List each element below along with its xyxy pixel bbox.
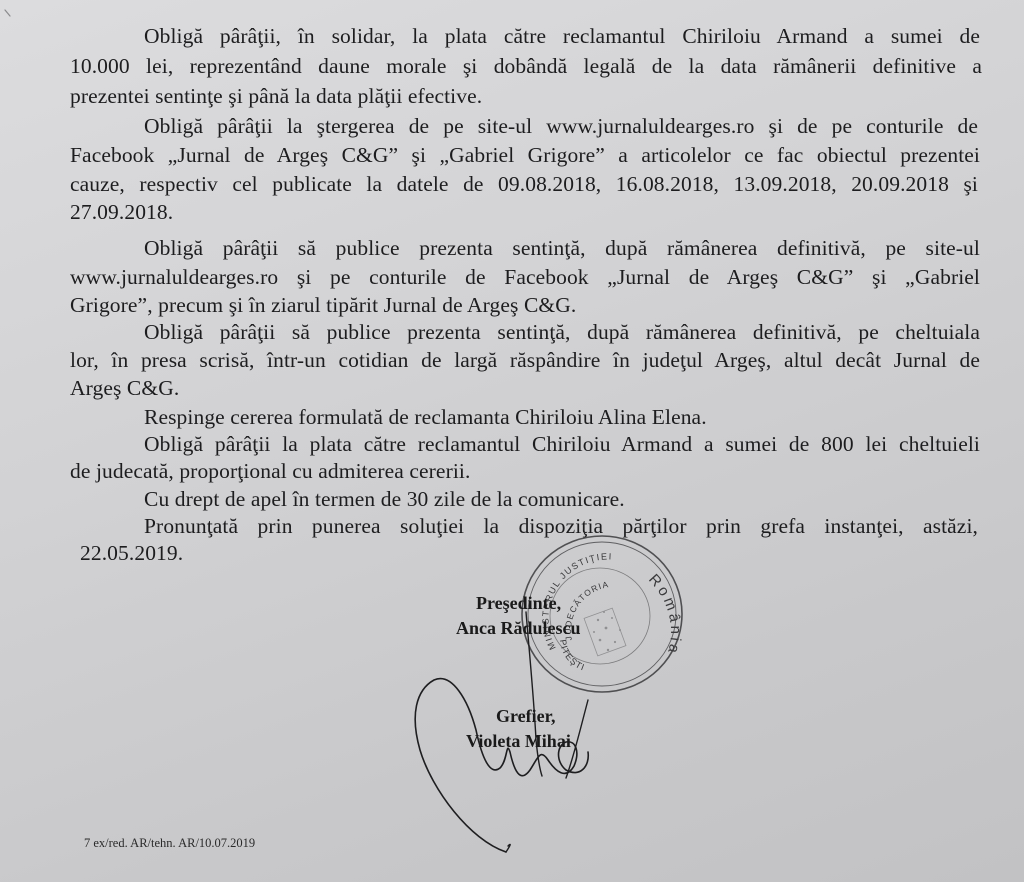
text-line: 10.000 lei, reprezentând daune morale şi… [70, 54, 982, 78]
text-line: Obligă pârâţii, în solidar, la plata căt… [144, 24, 980, 48]
president-title: Preşedinte, [476, 592, 561, 614]
text-line: Facebook „Jurnal de Argeş C&G” şi „Gabri… [70, 143, 980, 167]
text-line: de judecată, proporţional cu admiterea c… [70, 459, 470, 483]
svg-text:PITEŞTI: PITEŞTI [558, 639, 587, 673]
text-line: Obligă pârâţii la ştergerea de pe site-u… [144, 114, 978, 138]
clerk-title: Grefier, [496, 705, 555, 727]
text-line: prezentei sentinţe şi până la data plăţi… [70, 84, 482, 108]
text-line: Pronunţată prin punerea soluţiei la disp… [144, 514, 978, 538]
text-line: cauze, respectiv cel publicate la datele… [70, 172, 978, 196]
pen-mark-icon [4, 8, 14, 18]
text-line: Obligă pârâţii să publice prezenta senti… [144, 320, 980, 344]
svg-text:România: România [645, 571, 684, 658]
text-line: 27.09.2018. [70, 200, 173, 224]
clerk-name: Violeta Mihai [466, 730, 571, 752]
text-line: Obligă pârâţii la plata către reclamantu… [144, 432, 980, 456]
text-line: 22.05.2019. [80, 541, 183, 565]
president-name: Anca Rădulescu [456, 617, 581, 639]
text-line: Respinge cererea formulată de reclamanta… [144, 405, 707, 429]
text-line: lor, în presa scrisă, într-un cotidian d… [70, 348, 980, 372]
text-line: Argeş C&G. [70, 376, 179, 400]
document-page: Obligă pârâţii, în solidar, la plata căt… [0, 0, 1024, 882]
text-line: www.jurnaluldearges.ro şi pe conturile d… [70, 265, 980, 289]
footer-reference: 7 ex/red. AR/tehn. AR/10.07.2019 [84, 836, 255, 851]
text-line: Cu drept de apel în termen de 30 zile de… [144, 487, 625, 511]
text-line: Obligă pârâţii să publice prezenta senti… [144, 236, 980, 260]
text-line: Grigore”, precum şi în ziarul tipărit Ju… [70, 293, 576, 317]
